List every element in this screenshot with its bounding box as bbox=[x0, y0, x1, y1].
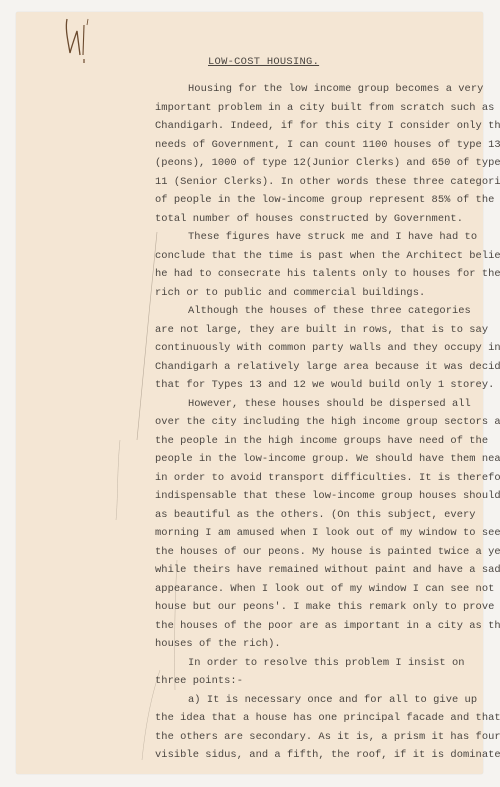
text-line: (peons), 1000 of type 12(Junior Clerks) … bbox=[155, 157, 500, 169]
text-line: he had to consecrate his talents only to… bbox=[155, 268, 500, 280]
text-line: over the city including the high income … bbox=[155, 416, 500, 428]
text-line: indispensable that these low-income grou… bbox=[155, 490, 500, 502]
text-line: in order to avoid transport difficulties… bbox=[155, 472, 500, 484]
text-line: of people in the low-income group repres… bbox=[155, 194, 494, 206]
text-line: continuously with common party walls and… bbox=[155, 342, 500, 354]
text-line: while theirs have remained without paint… bbox=[155, 564, 500, 576]
text-line: needs of Government, I can count 1100 ho… bbox=[155, 139, 500, 151]
text-line: people in the low-income group. We shoul… bbox=[155, 453, 500, 465]
text-line: the people in the high income groups hav… bbox=[155, 435, 488, 447]
text-line: rich or to public and commercial buildin… bbox=[155, 287, 425, 299]
text-line: conclude that the time is past when the … bbox=[155, 250, 500, 262]
text-line: the houses of our peons. My house is pai… bbox=[155, 546, 500, 558]
text-line: important problem in a city built from s… bbox=[155, 102, 494, 114]
text-line: morning I am amused when I look out of m… bbox=[155, 527, 500, 539]
text-line: Housing for the low income group becomes… bbox=[188, 83, 483, 95]
text-line: In order to resolve this problem I insis… bbox=[188, 657, 465, 669]
text-line: appearance. When I look out of my window… bbox=[155, 583, 500, 595]
text-line: as beautiful as the others. (On this sub… bbox=[155, 509, 476, 521]
text-line: Although the houses of these three categ… bbox=[188, 305, 471, 317]
text-line: houses of the rich). bbox=[155, 638, 281, 650]
text-line: total number of houses constructed by Go… bbox=[155, 213, 463, 225]
text-line: that for Types 13 and 12 we would build … bbox=[155, 379, 494, 391]
handwritten-annotation-icon bbox=[62, 15, 92, 63]
text-line: house but our peons'. I make this remark… bbox=[155, 601, 500, 613]
text-line: the others are secondary. As it is, a pr… bbox=[155, 731, 500, 743]
text-line: three points:- bbox=[155, 675, 243, 687]
text-line: Chandigarh a relatively large area becau… bbox=[155, 361, 500, 373]
text-line: These figures have struck me and I have … bbox=[188, 231, 477, 243]
text-line: 11 (Senior Clerks). In other words these… bbox=[155, 176, 500, 188]
text-line: the houses of the poor are as important … bbox=[155, 620, 500, 632]
document-title: LOW-COST HOUSING. bbox=[208, 56, 319, 68]
text-line: a) It is necessary once and for all to g… bbox=[188, 694, 477, 706]
text-line: are not large, they are built in rows, t… bbox=[155, 324, 488, 336]
text-line: Chandigarh. Indeed, if for this city I c… bbox=[155, 120, 500, 132]
text-line: visible sidus, and a fifth, the roof, if… bbox=[155, 749, 500, 761]
text-line: However, these houses should be disperse… bbox=[188, 398, 471, 410]
text-line: the idea that a house has one principal … bbox=[155, 712, 500, 724]
